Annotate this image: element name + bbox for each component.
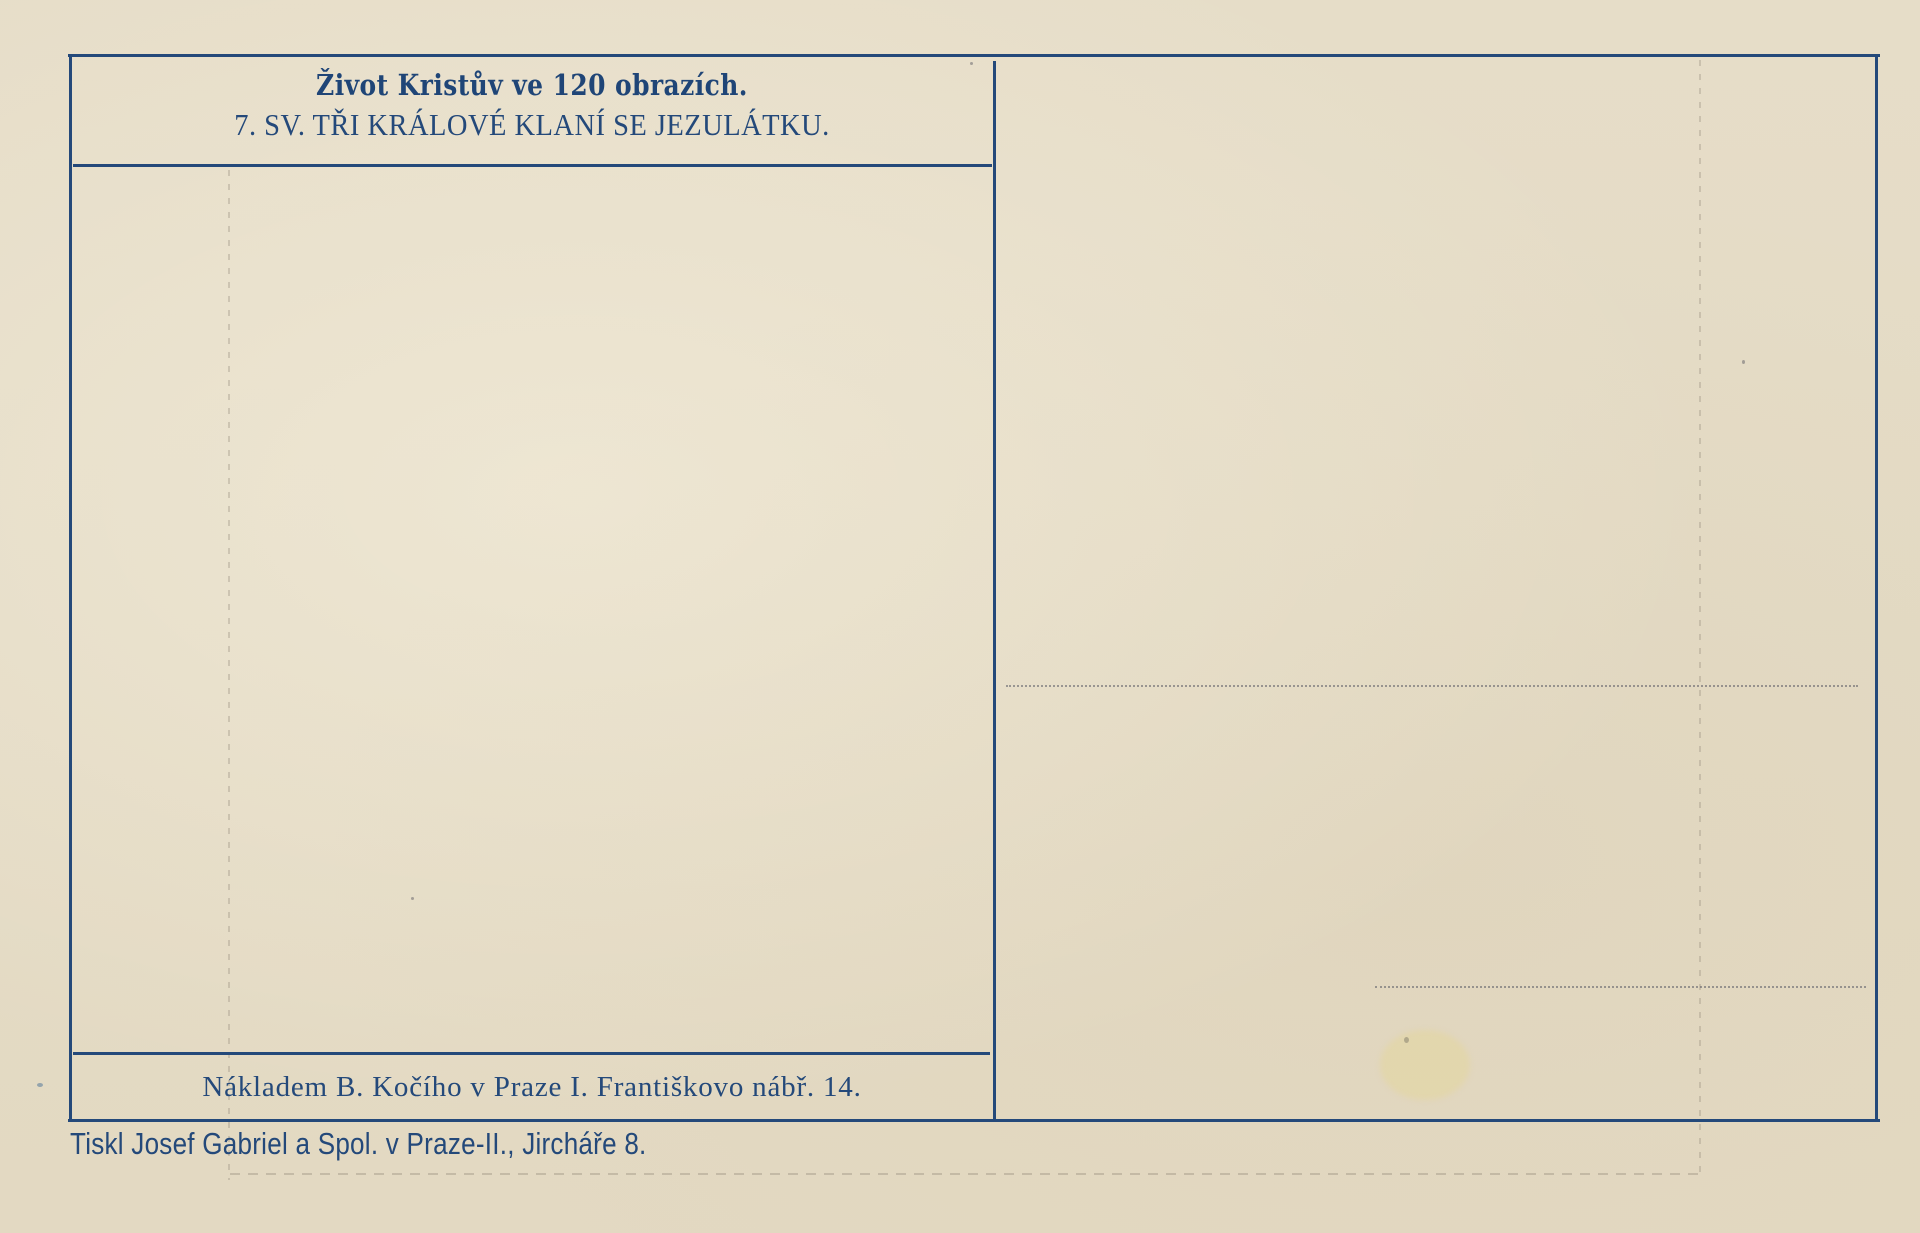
publisher-line: Nákladem B. Kočího v Praze I. Františkov… [72, 1055, 992, 1119]
paper-speck [411, 897, 414, 900]
paper-speck [37, 1083, 43, 1087]
frame-right-border [1875, 56, 1878, 1122]
paper-stain [1380, 1030, 1470, 1100]
title-block: Život Kristův ve 120 obrazích. 7. SV. TŘ… [72, 58, 992, 164]
address-area [996, 57, 1875, 1119]
printer-line: Tiskl Josef Gabriel a Spol. v Praze-II.,… [70, 1126, 647, 1162]
picture-caption: 7. SV. TŘI KRÁLOVÉ KLANÍ SE JEZULÁTKU. [109, 107, 955, 143]
message-area [72, 167, 993, 1052]
address-line-2 [1375, 986, 1866, 988]
frame-bottom-border [68, 1119, 1880, 1122]
paper-speck [970, 62, 973, 65]
series-title: Život Kristův ve 120 obrazích. [136, 68, 927, 102]
address-line-1 [1006, 685, 1858, 687]
paper-show-through-bottom [230, 1173, 1705, 1175]
paper-speck [1742, 360, 1745, 364]
